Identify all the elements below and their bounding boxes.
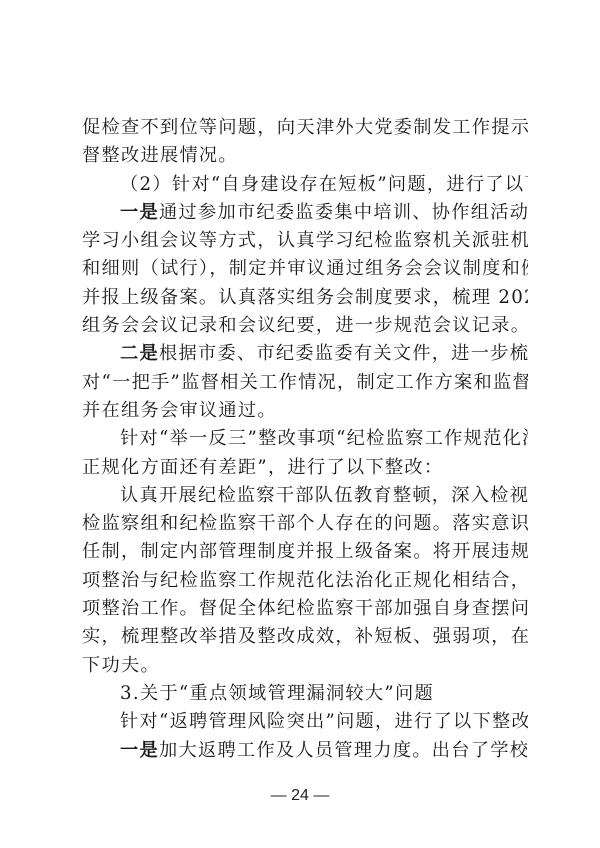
text-line: 下功夫。: [82, 652, 528, 680]
line-text: 学习小组会议等方式，认真学习纪检监察机关派驻机构工作规则: [82, 230, 528, 251]
line-text: 组务会会议记录和会议纪要，进一步规范会议记录。: [82, 315, 528, 336]
text-line: 针对“返聘管理风险突出”问题，进行了以下整改：: [82, 708, 528, 736]
text-line: 组务会会议记录和会议纪要，进一步规范会议记录。: [82, 312, 528, 340]
line-text: 并在组务会审议通过。: [82, 400, 277, 421]
line-text: 项整治工作。督促全体纪检监察干部加强自身查摆问题的整改落: [82, 598, 528, 619]
text-line: 认真开展纪检监察干部队伍教育整顿，深入检视查摆派驻纪: [82, 482, 528, 510]
line-text: 检监察组和纪检监察干部个人存在的问题。落实意识形态工作责: [82, 513, 528, 534]
text-line: 并报上级备案。认真落实组务会制度要求，梳理 2023 年以来的: [82, 284, 528, 312]
line-text: 并报上级备案。认真落实组务会制度要求，梳理 2023 年以来的: [82, 287, 528, 308]
line-text: 正规化方面还有差距”，进行了以下整改：: [82, 457, 443, 478]
text-line: 督整改进展情况。: [82, 142, 528, 170]
line-text: （2）针对“自身建设存在短板”问题，进行了以下整改：: [120, 174, 528, 195]
page-number: — 24 —: [0, 787, 600, 805]
text-line: 项整治与纪检监察工作规范化法治化正规化相结合，开展 5 个专: [82, 567, 528, 595]
bold-lead: 一是: [120, 740, 159, 761]
bold-lead: 二是: [120, 343, 159, 364]
text-line: 一是通过参加市纪委监委集中培训、协作组活动以及召开: [82, 199, 528, 227]
line-text: 实，梳理整改举措及整改成效，补短板、强弱项，在巩固提升上: [82, 626, 528, 647]
text-line: 实，梳理整改举措及整改成效，补短板、强弱项，在巩固提升上: [82, 623, 528, 651]
text-line: 3.关于“重点领域管理漏洞较大”问题: [82, 680, 528, 708]
text-line: 一是加大返聘工作及人员管理力度。出台了学校《聘用退: [82, 737, 528, 765]
text-line: 项整治工作。督促全体纪检监察干部加强自身查摆问题的整改落: [82, 595, 528, 623]
document-page: 促检查不到位等问题，向天津外大党委制发工作提示，并跟进监督整改进展情况。（2）针…: [0, 0, 600, 848]
text-line: 学习小组会议等方式，认真学习纪检监察机关派驻机构工作规则: [82, 227, 528, 255]
line-text: 3.关于“重点领域管理漏洞较大”问题: [120, 683, 434, 704]
text-line: 正规化方面还有差距”，进行了以下整改：: [82, 454, 528, 482]
line-text: 任制，制定内部管理制度并报上级备案。将开展违规办案行为专: [82, 541, 528, 562]
text-line: 二是根据市委、市纪委监委有关文件，进一步梳理近三年: [82, 340, 528, 368]
text-line: （2）针对“自身建设存在短板”问题，进行了以下整改：: [82, 171, 528, 199]
line-text: 下功夫。: [82, 655, 160, 676]
line-text: 根据市委、市纪委监委有关文件，进一步梳理近三年: [159, 343, 528, 364]
text-line: 对“一把手”监督相关工作情况，制定工作方案和监督工作台账，: [82, 369, 528, 397]
text-line: 任制，制定内部管理制度并报上级备案。将开展违规办案行为专: [82, 538, 528, 566]
bold-lead: 一是: [120, 202, 159, 223]
line-text: 促检查不到位等问题，向天津外大党委制发工作提示，并跟进监: [82, 117, 528, 138]
line-text: 针对“举一反三”整改事项“纪检监察工作规范化法治化: [120, 428, 528, 449]
line-text: 和细则（试行），制定并审议通过组务会会议制度和例会制度，: [82, 258, 528, 279]
text-line: 检监察组和纪检监察干部个人存在的问题。落实意识形态工作责: [82, 510, 528, 538]
body-text: 促检查不到位等问题，向天津外大党委制发工作提示，并跟进监督整改进展情况。（2）针…: [82, 114, 528, 765]
line-text: 项整治与纪检监察工作规范化法治化正规化相结合，开展 5 个专: [82, 570, 528, 591]
text-line: 和细则（试行），制定并审议通过组务会会议制度和例会制度，: [82, 255, 528, 283]
line-text: 通过参加市纪委监委集中培训、协作组活动以及召开: [159, 202, 528, 223]
line-text: 督整改进展情况。: [82, 145, 238, 166]
line-text: 针对“返聘管理风险突出”问题，进行了以下整改：: [120, 711, 528, 732]
text-line: 促检查不到位等问题，向天津外大党委制发工作提示，并跟进监: [82, 114, 528, 142]
line-text: 认真开展纪检监察干部队伍教育整顿，深入检视查摆派驻纪: [120, 485, 528, 506]
text-line: 针对“举一反三”整改事项“纪检监察工作规范化法治化: [82, 425, 528, 453]
text-line: 并在组务会审议通过。: [82, 397, 528, 425]
line-text: 加大返聘工作及人员管理力度。出台了学校《聘用退: [159, 740, 528, 761]
line-text: 对“一把手”监督相关工作情况，制定工作方案和监督工作台账，: [82, 372, 528, 393]
